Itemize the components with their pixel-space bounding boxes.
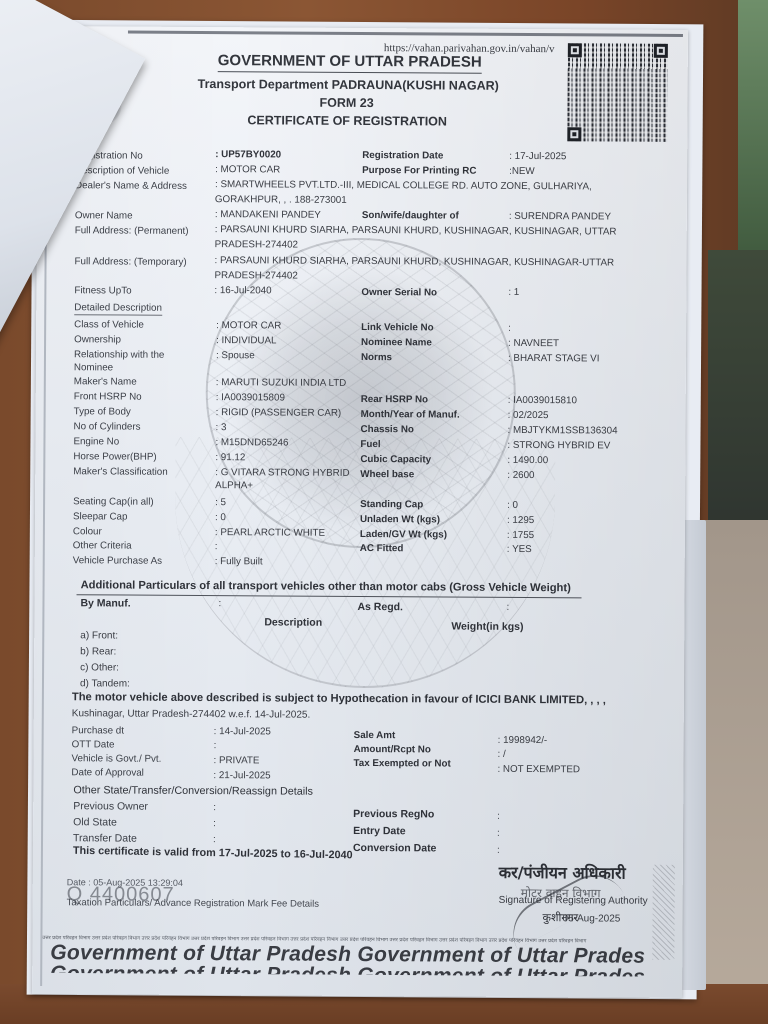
as-regd-label: As Regd.: [357, 601, 403, 613]
govt-pvt-value: : PRIVATE: [213, 755, 259, 766]
description-value: : MOTOR CAR: [215, 164, 280, 175]
form-number: FORM 23: [319, 96, 373, 110]
sale-amt-label: Sale Amt: [354, 730, 396, 741]
detail-label-secondary: Wheel base: [360, 469, 414, 480]
owner-name-value: : MANDAKENI PANDEY: [215, 209, 321, 221]
purpose-value: :NEW: [509, 166, 535, 177]
security-band-text-repeat: Government of Uttar Pradesh Government o…: [50, 962, 645, 990]
qr-code-icon: [567, 43, 668, 142]
detail-value-secondary: : NAVNEET: [508, 338, 559, 349]
detail-value-secondary: : 0: [507, 500, 518, 511]
detail-label: Relationship with the: [74, 349, 164, 361]
detail-label-secondary: Cubic Capacity: [360, 454, 431, 465]
amount-rcpt-label: Amount/Rcpt No: [354, 744, 431, 755]
detail-label: Engine No: [73, 436, 119, 447]
detail-value-secondary: : YES: [507, 544, 532, 555]
qr-finder-icon: [568, 43, 582, 57]
old-state-label: Old State: [73, 816, 117, 828]
relation-label: Son/wife/daughter of: [362, 210, 459, 222]
entry-date-value: :: [497, 828, 500, 839]
as-regd-sep: :: [506, 602, 509, 613]
approval-date-label: Date of Approval: [71, 767, 144, 778]
detail-label: No of Cylinders: [74, 421, 141, 432]
previous-regno-label: Previous RegNo: [353, 808, 434, 820]
detail-label-secondary: Chassis No: [361, 424, 414, 435]
detail-label-secondary: Rear HSRP No: [361, 394, 428, 405]
previous-owner-label: Previous Owner: [73, 800, 148, 812]
temporary-address-line2: PRADESH-274402: [214, 270, 297, 282]
detail-value: : Spouse: [216, 350, 255, 361]
detail-label: Nominee: [74, 362, 113, 373]
permanent-address-line2: PRADESH-274402: [215, 239, 298, 251]
by-manuf-sep: :: [218, 598, 221, 609]
purpose-label: Purpose For Printing RC: [362, 165, 476, 177]
detail-value-secondary: : 1755: [507, 530, 534, 541]
dealer-label: Dealer's Name & Address: [75, 180, 187, 192]
detail-label: Type of Body: [74, 406, 131, 417]
detail-value: ALPHA+: [215, 480, 253, 491]
validity-statement: This certificate is valid from 17-Jul-20…: [73, 845, 353, 862]
fitness-label: Fitness UpTo: [74, 285, 131, 296]
detail-label-secondary: Laden/GV Wt (kgs): [360, 529, 447, 541]
axle-other: c) Other:: [80, 662, 119, 673]
description-label: Description of Vehicle: [75, 165, 169, 177]
registration-certificate: https://vahan.parivahan.gov.in/vahan/v G…: [32, 26, 688, 998]
certificate-title: CERTIFICATE OF REGISTRATION: [247, 113, 447, 128]
permanent-address-line1: : PARSAUNI KHURD SIARHA, PARSAUNI KHURD,…: [215, 224, 617, 237]
detail-value: :: [215, 541, 218, 552]
detail-value-secondary: : 02/2025: [508, 410, 549, 421]
detail-value: : 5: [215, 497, 226, 508]
previous-regno-value: :: [497, 811, 500, 822]
registration-date-label: Registration Date: [362, 150, 443, 161]
detail-value: : 91.12: [215, 452, 245, 463]
conversion-date-label: Conversion Date: [353, 842, 437, 855]
sale-amt-value: : 1998942/-: [498, 735, 548, 746]
conversion-date-value: :: [497, 845, 500, 856]
description-col-header: Description: [264, 616, 322, 628]
previous-owner-value: :: [213, 802, 216, 813]
wall-background: [738, 0, 768, 260]
permanent-address-label: Full Address: (Permanent): [75, 225, 189, 237]
detail-label: Vehicle Purchase As: [73, 555, 162, 567]
detail-label-secondary: Standing Cap: [360, 499, 423, 510]
detail-label-secondary: AC Fitted: [360, 543, 404, 554]
registration-date-value: : 17-Jul-2025: [509, 151, 566, 162]
detail-value: : M15DND65246: [215, 437, 288, 448]
detail-value: : G VITARA STRONG HYBRID: [215, 467, 349, 479]
detail-label: Horse Power(BHP): [73, 451, 156, 463]
detail-value-secondary: : BHARAT STAGE VI: [508, 353, 600, 365]
detail-value: : MOTOR CAR: [216, 320, 281, 331]
additional-particulars-heading: Additional Particulars of all transport …: [81, 579, 571, 594]
shadow-background: [708, 250, 768, 530]
axle-tandem: d) Tandem:: [80, 678, 130, 689]
dealer-value-line1: : SMARTWHEELS PVT.LTD.-III, MEDICAL COLL…: [215, 179, 592, 192]
owner-serial-value: : 1: [508, 287, 519, 298]
detail-value-secondary: : MBJTYKM1SSB136304: [508, 425, 618, 437]
tax-exempted-value: : NOT EXEMPTED: [497, 764, 580, 776]
purchase-date-value: : 14-Jul-2025: [214, 726, 271, 737]
detail-value: : RIGID (PASSENGER CAR): [216, 407, 342, 419]
taxation-particulars: Taxation Particulars/ Advance Registrati…: [67, 897, 319, 910]
detail-value-secondary: :: [508, 323, 511, 334]
detail-value-secondary: : 2600: [507, 470, 534, 481]
detail-value-secondary: : IA0039015810: [508, 395, 577, 406]
fitness-value: : 16-Jul-2040: [214, 285, 271, 296]
detail-label: Sleepar Cap: [73, 511, 128, 522]
detail-value-secondary: : STRONG HYBRID EV: [507, 440, 610, 452]
amount-rcpt-value: : /: [498, 749, 506, 760]
govt-pvt-label: Vehicle is Govt./ Pvt.: [71, 753, 161, 765]
detail-value: : INDIVIDUAL: [216, 335, 277, 346]
detail-value: : IA0039015809: [216, 392, 285, 403]
registration-no-value: : UP57BY0020: [215, 149, 281, 160]
axle-front: a) Front:: [80, 630, 118, 641]
detail-label-secondary: Fuel: [360, 439, 380, 450]
old-state-value: :: [213, 818, 216, 829]
owner-serial-label: Owner Serial No: [361, 287, 437, 298]
detail-value-secondary: : 1295: [507, 515, 534, 526]
detail-value: : MARUTI SUZUKI INDIA LTD: [216, 377, 347, 389]
axle-rear: b) Rear:: [80, 646, 116, 657]
temporary-address-label: Full Address: (Temporary): [75, 256, 187, 268]
detail-label-secondary: Norms: [361, 352, 392, 363]
detail-label-secondary: Month/Year of Manuf.: [361, 409, 460, 421]
detail-label: Colour: [73, 526, 102, 537]
detail-label: Maker's Classification: [73, 466, 168, 478]
detail-label: Other Criteria: [73, 540, 132, 551]
detail-label-secondary: Nominee Name: [361, 337, 432, 348]
detail-value: : 3: [216, 422, 227, 433]
weight-col-header: Weight(in kgs): [451, 621, 523, 633]
entry-date-label: Entry Date: [353, 825, 406, 837]
detail-label: Class of Vehicle: [74, 319, 144, 330]
detail-value: : 0: [215, 512, 226, 523]
detail-label: Front HSRP No: [74, 391, 142, 402]
government-title: GOVERNMENT OF UTTAR PRADESH: [218, 52, 482, 74]
detail-label: Maker's Name: [74, 376, 137, 387]
detail-label-secondary: Link Vehicle No: [361, 322, 433, 333]
detail-label: Seating Cap(in all): [73, 496, 154, 507]
top-rule: [128, 31, 683, 37]
security-hatch-pattern: [652, 865, 675, 960]
detail-label-secondary: Unladen Wt (kgs): [360, 514, 440, 525]
detail-label: Ownership: [74, 334, 121, 345]
detailed-description-heading: Detailed Description: [74, 302, 162, 316]
transfer-date-value: :: [213, 834, 216, 845]
detail-value-secondary: : 1490.00: [507, 455, 548, 466]
dealer-value-line2: GORAKHPUR, , . 188-273001: [215, 194, 347, 206]
tax-exempted-label: Tax Exempted or Not: [353, 758, 450, 770]
department-title: Transport Department PADRAUNA(KUSHI NAGA…: [198, 77, 499, 93]
purchase-date-label: Purchase dt: [72, 725, 124, 736]
approval-date-value: : 21-Jul-2025: [213, 770, 270, 781]
qr-finder-icon: [567, 127, 581, 141]
hypothecation-text: The motor vehicle above described is sub…: [72, 691, 606, 706]
transfer-date-label: Transfer Date: [73, 832, 137, 844]
owner-name-label: Owner Name: [75, 210, 133, 221]
relation-value: : SURENDRA PANDEY: [509, 211, 611, 223]
ott-date-label: OTT Date: [72, 739, 115, 750]
ott-date-value: :: [214, 740, 217, 751]
by-manuf-label: By Manuf.: [80, 597, 130, 609]
hypothecation-address: Kushinagar, Uttar Pradesh-274402 w.e.f. …: [72, 708, 311, 720]
transfer-heading: Other State/Transfer/Conversion/Reassign…: [73, 784, 313, 797]
detail-value: : PEARL ARCTIC WHITE: [215, 527, 325, 539]
qr-finder-icon: [654, 44, 668, 58]
detail-value: : Fully Built: [215, 556, 263, 567]
